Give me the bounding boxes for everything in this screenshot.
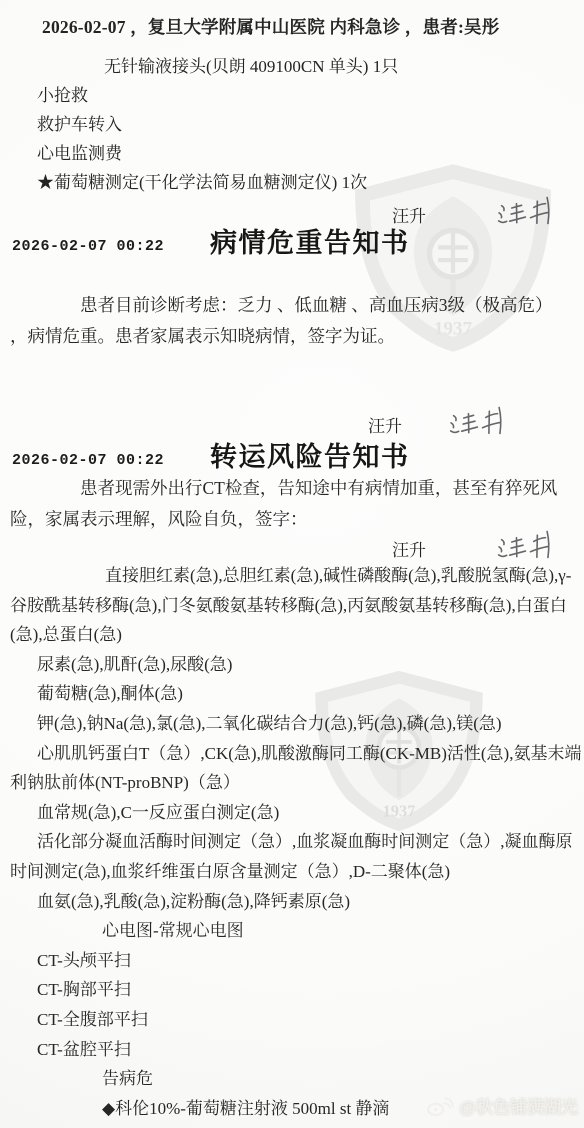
notice-heading: 2026-02-07 00:22 病情危重告知书 — [12, 222, 576, 260]
weibo-watermark: @秋色铺满湖光 — [426, 1093, 578, 1118]
exam-order-item: CT-盆腔平扫 — [0, 1035, 584, 1065]
lab-order-item: 尿素(急),肌酐(急),尿酸(急) — [0, 650, 584, 680]
record-header: 2026-02-07 ，复旦大学附属中山医院 内科急诊 ，患者:吴彤 — [42, 14, 576, 39]
lab-order-item: 直接胆红素(急),总胆红素(急),碱性磷酸酶(急),乳酸脱氢酶(急),γ-谷胺酰… — [0, 561, 584, 650]
physician-name: 汪升 — [368, 412, 402, 437]
weibo-handle: @秋色铺满湖光 — [459, 1093, 578, 1118]
medical-record-page: 1937 1937 2026-02-07 ，复旦大学附属中山医院 内科急诊 ，患… — [0, 0, 584, 1128]
notice-title: 病情危重告知书 — [210, 221, 410, 260]
lab-order-item: 葡萄糖(急),酮体(急) — [0, 679, 584, 709]
notice-datetime: 2026-02-07 00:22 — [12, 238, 164, 260]
order-item: 告病危 — [0, 1064, 584, 1094]
lab-order-item: 钾(急),钠Na(急),氯(急),二氧化碳结合力(急),钙(急),磷(急),镁(… — [0, 709, 584, 739]
order-item: 无针输液接头(贝朗 409100CN 单头) 1只 — [104, 52, 398, 77]
weibo-logo-icon — [426, 1095, 454, 1117]
lab-order-item: 活化部分凝血活酶时间测定（急）,血浆凝血酶时间测定（急）,凝血酶原时间测定(急)… — [0, 827, 584, 886]
exam-order-item: CT-头颅平扫 — [0, 946, 584, 976]
exam-order-item: CT-全腹部平扫 — [0, 1005, 584, 1035]
handwritten-signature — [493, 526, 559, 564]
physician-name: 汪升 — [392, 536, 426, 561]
orders-list: 直接胆红素(急),总胆红素(急),碱性磷酸酶(急),乳酸脱氢酶(急),γ-谷胺酰… — [0, 561, 584, 1123]
exam-order-item: 心电图-常规心电图 — [0, 916, 584, 946]
handwritten-signature — [445, 402, 511, 440]
lab-order-item: 心肌肌钙蛋白T（急）,CK(急),肌酸激酶同工酶(CK-MB)活性(急),氨基末… — [0, 739, 584, 798]
notice-body: 患者目前诊断考虑：乏力 、低血糖 、高血压病3级（极高危） ，病情危重。患者家属… — [10, 290, 574, 352]
notice-body: 患者现需外出行CT检查，告知途中有病情加重，甚至有猝死风险，家属表示理解，风险自… — [10, 473, 574, 535]
order-item: ★葡萄糖测定(干化学法简易血糖测定仪) 1次 — [37, 168, 367, 193]
lab-order-item: 血氨(急),乳酸(急),淀粉酶(急),降钙素原(急) — [0, 887, 584, 917]
order-item: 救护车转入 — [37, 110, 122, 135]
order-item: 小抢救 — [37, 81, 88, 106]
notice-datetime: 2026-02-07 00:22 — [12, 452, 164, 474]
notice-title: 转运风险告知书 — [210, 435, 410, 474]
notice-heading: 2026-02-07 00:22 转运风险告知书 — [12, 436, 576, 474]
order-item: 心电监测费 — [37, 139, 122, 164]
exam-order-item: CT-胸部平扫 — [0, 975, 584, 1005]
lab-order-item: 血常规(急),C一反应蛋白测定(急) — [0, 798, 584, 828]
